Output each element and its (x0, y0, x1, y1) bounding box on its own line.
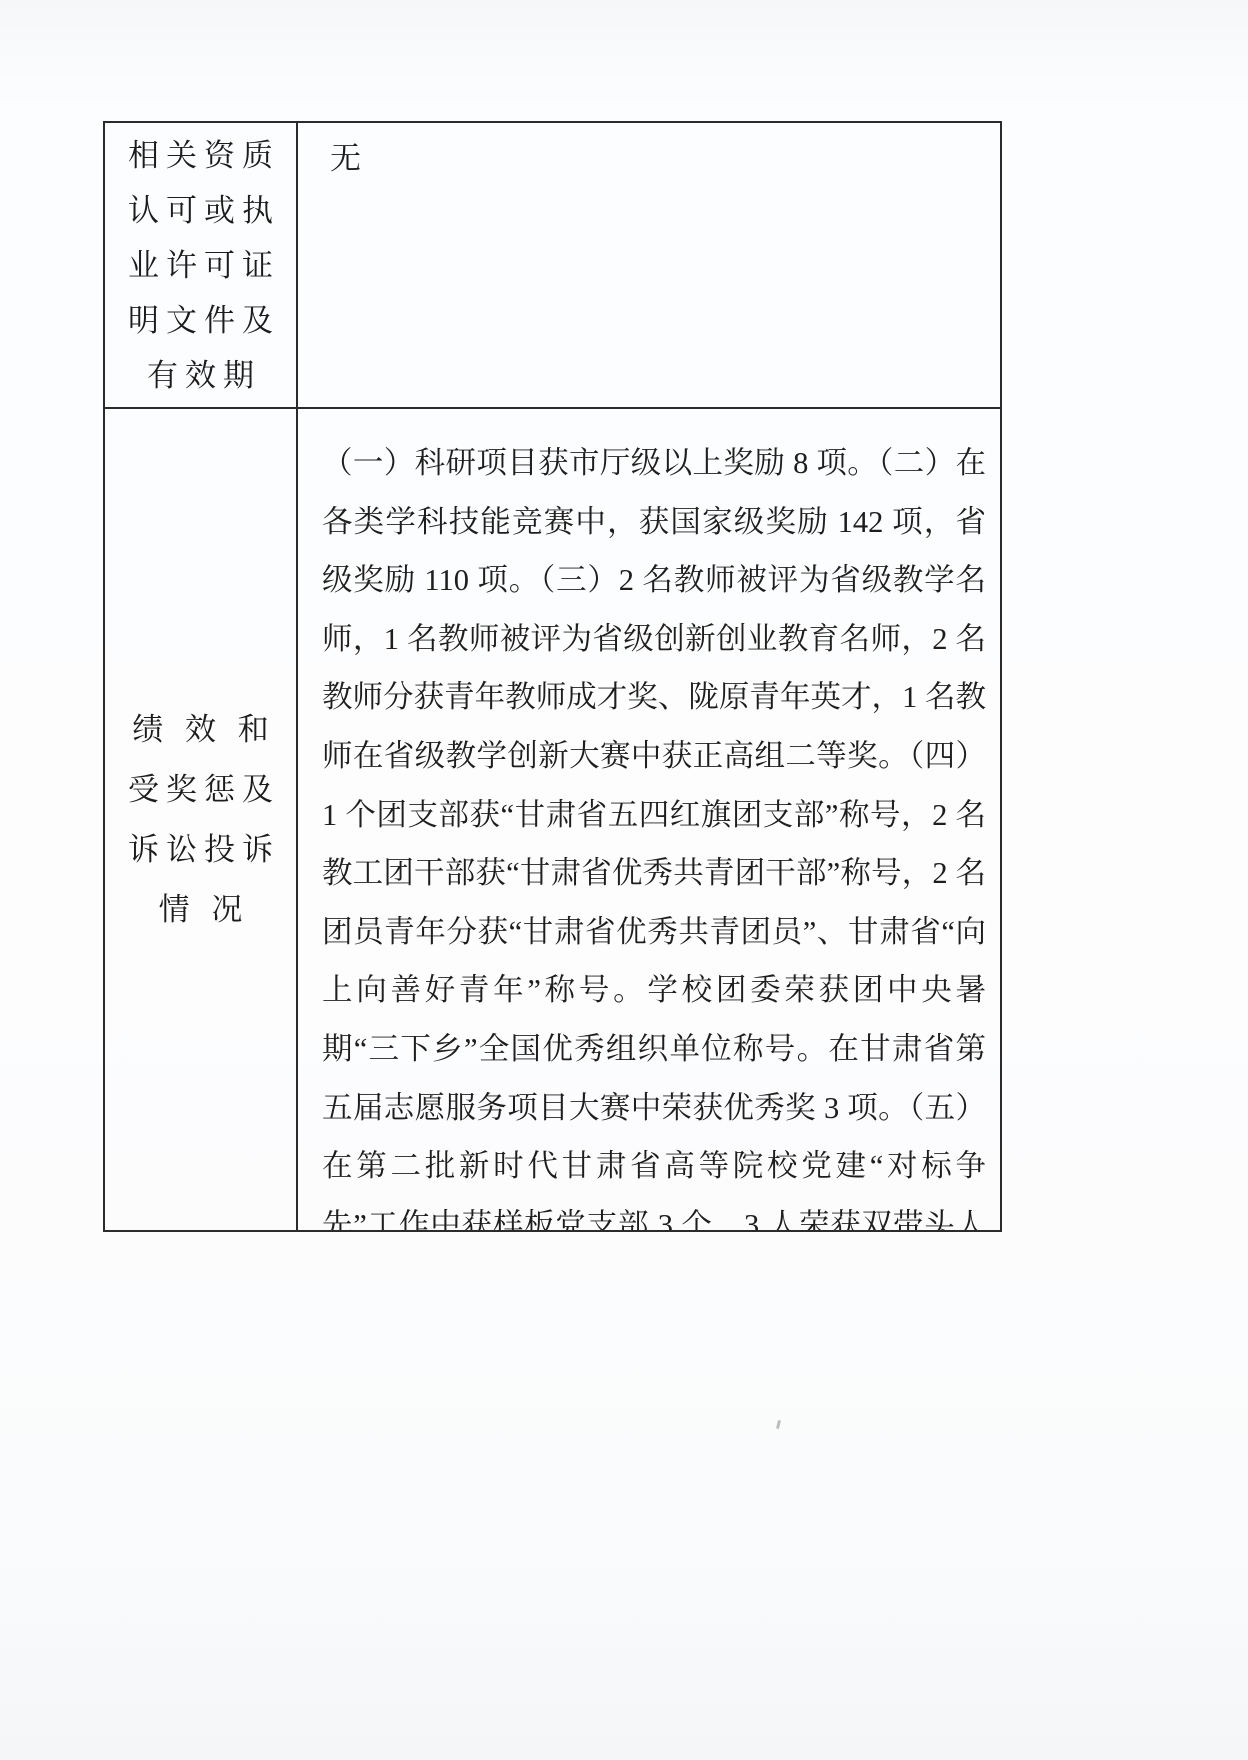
header-line: 明文件及 (121, 293, 280, 348)
info-table: 相关资质 认可或执 业许可证 明文件及 有效期 无 绩 效 和 受奖惩及 诉讼投… (103, 121, 1002, 1232)
header-line: 相关资质 (121, 128, 280, 183)
header-line: 业许可证 (121, 238, 280, 293)
header-line: 有效期 (140, 348, 261, 403)
performance-details-text: （一）科研项目获市厅级以上奖励 8 项。（二）在各类学科技能竞赛中，获国家级奖励… (322, 434, 986, 1230)
table-header-qualification-license: 相关资质 认可或执 业许可证 明文件及 有效期 (105, 123, 298, 409)
table-header-performance-awards: 绩 效 和 受奖惩及 诉讼投诉 情 况 (105, 409, 298, 1230)
header-line: 情 况 (152, 880, 250, 940)
qualification-none-text: 无 (330, 141, 361, 176)
table-cell-performance-details: （一）科研项目获市厅级以上奖励 8 项。（二）在各类学科技能竞赛中，获国家级奖励… (298, 409, 1000, 1230)
header-line: 认可或执 (121, 183, 280, 238)
header-line: 诉讼投诉 (121, 820, 280, 880)
table-cell-qualification-value: 无 (298, 123, 1000, 409)
header-line: 绩 效 和 (125, 700, 276, 760)
header-line: 受奖惩及 (121, 760, 280, 820)
scan-speck (776, 1420, 781, 1429)
document-page: 相关资质 认可或执 业许可证 明文件及 有效期 无 绩 效 和 受奖惩及 诉讼投… (0, 0, 1248, 1760)
